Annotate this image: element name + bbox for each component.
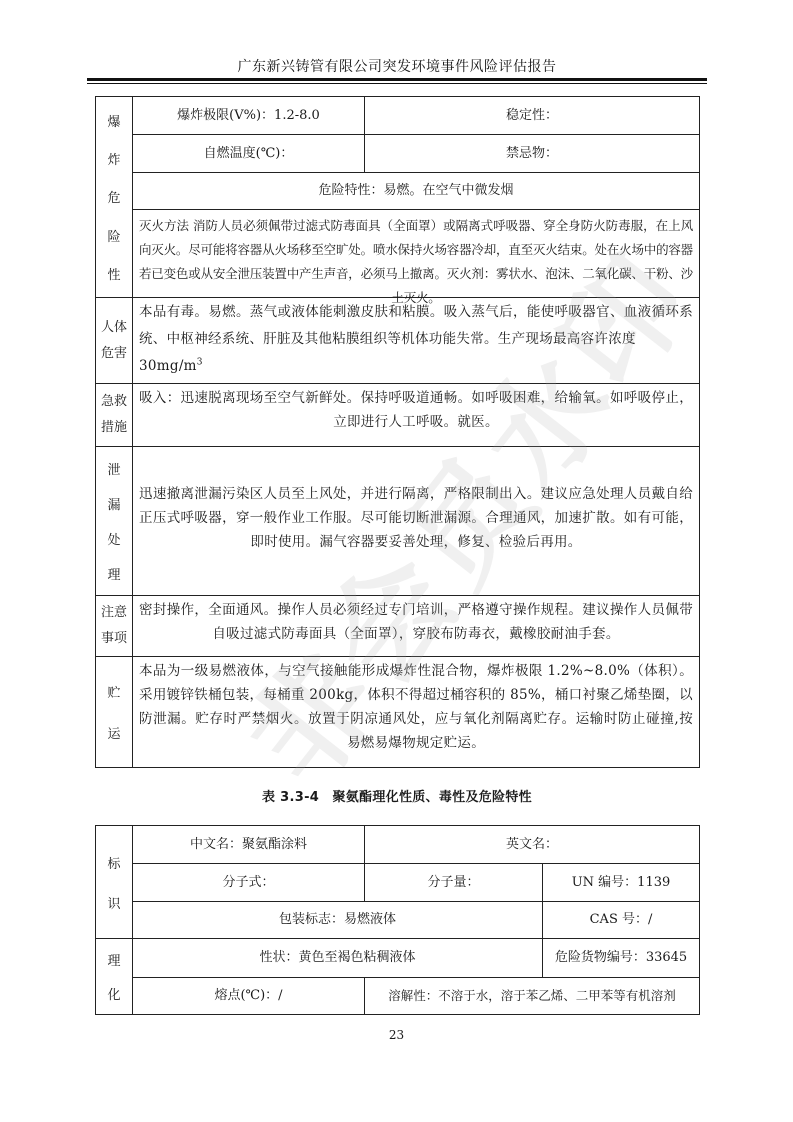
label-line: 注意 (101, 600, 127, 626)
appearance-cell: 性状：黄色至褐色粘稠液体 (133, 939, 542, 977)
row-divider (95, 656, 700, 657)
molecular-formula-cell: 分子式： (133, 864, 364, 901)
section-label-leak-handling: 泄 漏 处 理 (96, 447, 132, 595)
chinese-name-cell: 中文名：聚氨酯涂料 (133, 826, 364, 863)
first-aid-cell: 吸入：迅速脱离现场至空气新鲜处。保持呼吸道通畅。如呼吸困难，给输氧。如呼吸停止，… (133, 386, 699, 434)
autoignition-temperature-cell: 自燃温度(℃)： (133, 135, 364, 172)
label-char: 性 (107, 264, 120, 283)
row-divider (95, 595, 700, 596)
label-char: 炸 (107, 149, 120, 168)
label-line: 事项 (101, 626, 127, 652)
table-caption: 表 3.3-4 聚氨酯理化性质、毒性及危险特性 (87, 786, 707, 805)
table1-border-right (699, 96, 700, 767)
row-divider (95, 383, 700, 384)
label-char: 理 (107, 950, 120, 969)
section-label-physicochemical: 理 化 (96, 939, 132, 1014)
explosion-limit-cell: 爆炸极限(V%)：1.2-8.0 (133, 97, 364, 134)
label-char: 理 (107, 564, 120, 583)
label-char: 爆 (107, 111, 120, 130)
label-char: 危 (107, 187, 120, 206)
label-char: 贮 (107, 682, 120, 701)
label-line: 人体 (101, 315, 127, 341)
section-label-precautions: 注意 事项 (96, 596, 132, 656)
firefighting-method-cell: 灭火方法 消防人员必须佩带过滤式防毒面具（全面罩）或隔离式呼吸器、穿全身防火防毒… (133, 214, 699, 310)
label-char: 运 (107, 723, 120, 742)
section-label-first-aid: 急救 措施 (96, 384, 132, 446)
stability-cell: 稳定性： (365, 97, 699, 134)
table1-border-bottom (95, 767, 700, 768)
english-name-cell: 英文名： (365, 826, 699, 863)
label-char: 漏 (107, 494, 120, 513)
label-char: 险 (107, 226, 120, 245)
header-rule (87, 78, 707, 84)
label-line: 危害 (101, 341, 127, 367)
section-label-storage-transport: 贮 运 (96, 657, 132, 767)
label-char: 标 (107, 853, 120, 872)
label-char: 识 (107, 893, 120, 912)
table2-border-bottom (95, 1014, 700, 1015)
dangerous-goods-number-cell: 危险货物编号：33645 (543, 939, 699, 977)
incompatible-materials-cell: 禁忌物： (365, 135, 699, 172)
label-char: 化 (107, 984, 120, 1003)
page-number: 23 (0, 1028, 793, 1042)
label-line: 措施 (101, 415, 127, 441)
health-hazard-cell: 本品有毒。易燃。蒸气或液体能刺激皮肤和粘膜。吸入蒸气后，能使呼吸器官、血液循环系… (133, 299, 699, 380)
table2-border-right (699, 825, 700, 1014)
package-label-cell: 包装标志：易燃液体 (133, 902, 542, 938)
label-line: 急救 (101, 389, 127, 415)
section-label-health-hazard: 人体 危害 (96, 298, 132, 383)
melting-point-cell: 熔点(℃)：/ (133, 978, 364, 1014)
molecular-weight-cell: 分子量： (365, 864, 542, 901)
precautions-cell: 密封操作，全面通风。操作人员必须经过专门培训，严格遵守操作规程。建议操作人员佩带… (133, 598, 699, 646)
document-header-title: 广东新兴铸管有限公司突发环境事件风险评估报告 (87, 56, 707, 76)
solubility-cell: 溶解性：不溶于水，溶于苯乙烯、二甲苯等有机溶剂 (365, 978, 699, 1014)
leak-handling-cell: 迅速撤离泄漏污染区人员至上风处，并进行隔离，严格限制出入。建议应急处理人员戴自给… (133, 482, 699, 554)
storage-transport-cell: 本品为一级易燃液体，与空气接触能形成爆炸性混合物，爆炸极限 1.2%~8.0%（… (133, 659, 699, 755)
health-hazard-text: 本品有毒。易燃。蒸气或液体能刺激皮肤和粘膜。吸入蒸气后，能使呼吸器官、血液循环系… (139, 304, 693, 347)
section-label-explosion-hazard: 爆 炸 危 险 性 (96, 97, 132, 297)
label-char: 泄 (107, 459, 120, 478)
cas-number-cell: CAS 号：/ (543, 902, 699, 938)
section-label-identification: 标 识 (96, 826, 132, 938)
row-divider (132, 209, 700, 210)
label-char: 处 (107, 529, 120, 548)
hazard-characteristic-cell: 危险特性：易燃。在空气中微发烟 (133, 173, 699, 209)
exposure-limit-value: 30mg/m (139, 358, 197, 374)
row-divider (95, 446, 700, 447)
exposure-limit-unit-superscript: 3 (197, 358, 203, 368)
un-number-cell: UN 编号：1139 (543, 864, 699, 901)
